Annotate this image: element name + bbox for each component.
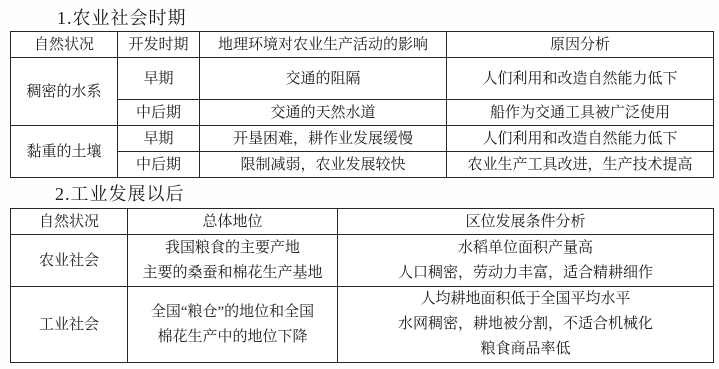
analysis-line: 水网稠密，耕地被分割，不适合机械化 <box>342 312 709 337</box>
cell-condition-dense-rivers: 稠密的水系 <box>11 58 118 126</box>
cell-overall-status: 我国粮食的主要产地 主要的桑蚕和棉花生产基地 <box>128 235 338 287</box>
analysis-line: 人均耕地面积低于全国平均水平 <box>342 287 709 312</box>
section-1-heading: 1.农业社会时期 <box>57 4 187 30</box>
cell-period: 中后期 <box>118 152 200 178</box>
table-row: 自然状况 总体地位 区位发展条件分析 <box>11 209 714 235</box>
cell-impact: 交通的阻隔 <box>200 58 447 100</box>
cell-stage-industrial-society: 工业社会 <box>11 287 128 363</box>
col-header-natural-condition: 自然状况 <box>11 209 128 235</box>
cell-condition-heavy-soil: 黏重的土壤 <box>11 126 118 178</box>
status-line: 全国“粮仓”的地位和全国 <box>132 300 333 325</box>
section-2-heading: 2.工业发展以后 <box>55 180 185 206</box>
cell-reason: 船作为交通工具被广泛使用 <box>447 100 714 126</box>
cell-impact: 限制减弱，农业发展较快 <box>200 152 447 178</box>
col-header-location-analysis: 区位发展条件分析 <box>338 209 714 235</box>
cell-overall-status: 全国“粮仓”的地位和全国 棉花生产中的地位下降 <box>128 287 338 363</box>
table-row: 稠密的水系 早期 交通的阻隔 人们利用和改造自然能力低下 <box>11 58 714 100</box>
status-line: 我国粮食的主要产地 <box>132 236 333 261</box>
cell-reason: 人们利用和改造自然能力低下 <box>447 126 714 152</box>
table-row: 农业社会 我国粮食的主要产地 主要的桑蚕和棉花生产基地 水稻单位面积产量高 人口… <box>11 235 714 287</box>
analysis-line: 人口稠密，劳动力丰富，适合精耕细作 <box>342 261 709 286</box>
industrial-development-table: 自然状况 总体地位 区位发展条件分析 农业社会 我国粮食的主要产地 主要的桑蚕和… <box>10 208 714 363</box>
cell-period: 早期 <box>118 126 200 152</box>
cell-reason: 人们利用和改造自然能力低下 <box>447 58 714 100</box>
status-line: 棉花生产中的地位下降 <box>132 325 333 350</box>
analysis-line: 水稻单位面积产量高 <box>342 236 709 261</box>
table-row: 自然状况 开发时期 地理环境对农业生产活动的影响 原因分析 <box>11 32 714 58</box>
table-row: 黏重的土壤 早期 开垦困难，耕作业发展缓慢 人们利用和改造自然能力低下 <box>11 126 714 152</box>
col-header-impact: 地理环境对农业生产活动的影响 <box>200 32 447 58</box>
agricultural-period-table: 自然状况 开发时期 地理环境对农业生产活动的影响 原因分析 稠密的水系 早期 交… <box>10 31 714 178</box>
cell-reason: 农业生产工具改进，生产技术提高 <box>447 152 714 178</box>
analysis-line: 粮食商品率低 <box>342 337 709 362</box>
col-header-development-period: 开发时期 <box>118 32 200 58</box>
cell-location-analysis: 水稻单位面积产量高 人口稠密，劳动力丰富，适合精耕细作 <box>338 235 714 287</box>
cell-period: 早期 <box>118 58 200 100</box>
cell-impact: 开垦困难，耕作业发展缓慢 <box>200 126 447 152</box>
cell-period: 中后期 <box>118 100 200 126</box>
table-row: 工业社会 全国“粮仓”的地位和全国 棉花生产中的地位下降 人均耕地面积低于全国平… <box>11 287 714 363</box>
col-header-overall-status: 总体地位 <box>128 209 338 235</box>
cell-location-analysis: 人均耕地面积低于全国平均水平 水网稠密，耕地被分割，不适合机械化 粮食商品率低 <box>338 287 714 363</box>
document-page: 1.农业社会时期 自然状况 开发时期 地理环境对农业生产活动的影响 原因分析 稠… <box>0 0 719 369</box>
col-header-natural-condition: 自然状况 <box>11 32 118 58</box>
cell-impact: 交通的天然水道 <box>200 100 447 126</box>
col-header-reason: 原因分析 <box>447 32 714 58</box>
status-line: 主要的桑蚕和棉花生产基地 <box>132 261 333 286</box>
cell-stage-agricultural-society: 农业社会 <box>11 235 128 287</box>
